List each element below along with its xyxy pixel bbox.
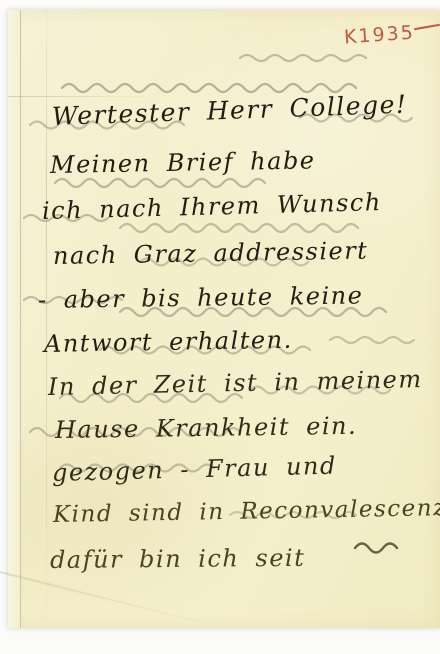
letter-line: Antwort erhalten. <box>44 326 293 358</box>
letter-line: Hause Krankheit ein. <box>55 412 358 444</box>
letter-line: - aber bis heute keine <box>38 281 364 314</box>
vertical-crease <box>46 10 47 628</box>
letter-line: dafür bin ich seit <box>50 544 306 574</box>
underlying-page-edge <box>8 10 21 628</box>
letter-scan: Wertester Herr College! Meinen Brief hab… <box>0 0 440 654</box>
letter-line: nach Graz addressiert <box>53 236 369 269</box>
letter-line: Meinen Brief habe <box>50 146 316 179</box>
horizontal-crease <box>8 96 158 97</box>
